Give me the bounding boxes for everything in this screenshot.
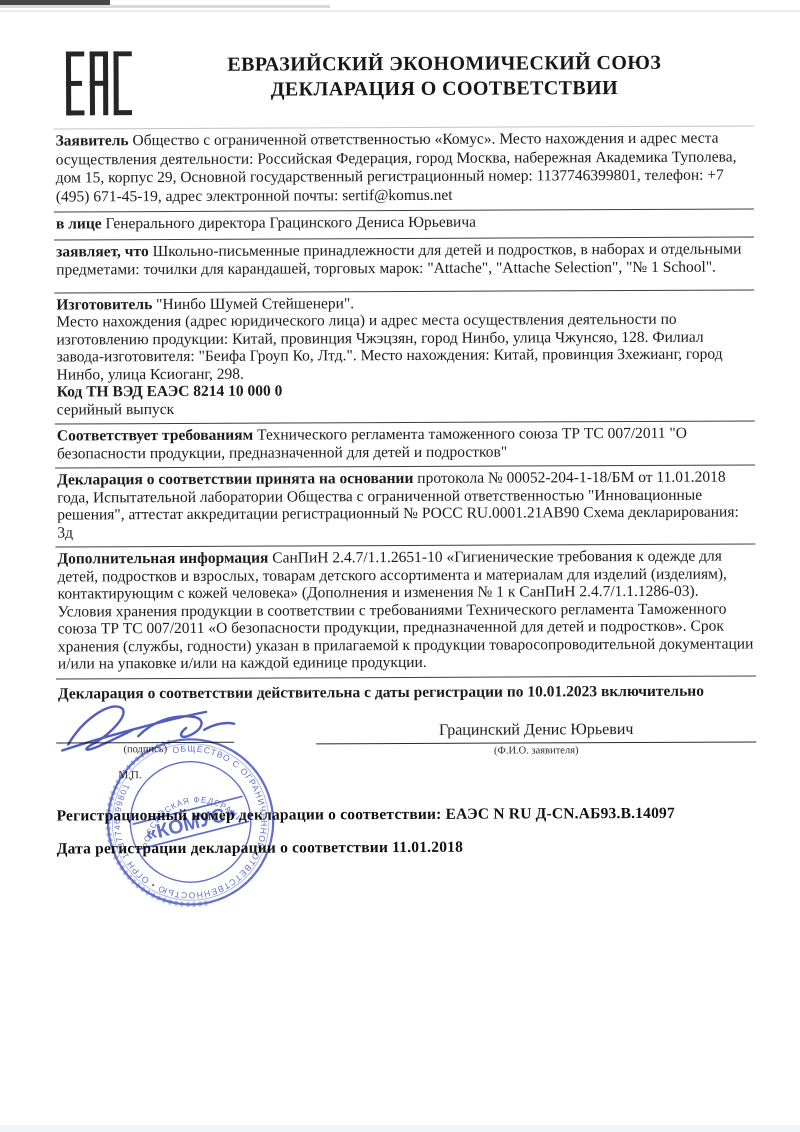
- declares-label: заявляет, что: [56, 243, 149, 260]
- handwritten-signature: [54, 695, 284, 768]
- scan-edge-artifact: [0, 5, 330, 8]
- document-title: ЕВРАЗИЙСКИЙ ЭКОНОМИЧЕСКИЙ СОЮЗ ДЕКЛАРАЦИ…: [135, 44, 753, 103]
- section-manufacturer: Изготовитель "Нинбо Шумей Стейшенери". М…: [54, 289, 755, 424]
- manufacturer-name: "Нинбо Шумей Стейшенери".: [156, 295, 354, 313]
- basis-label: Декларация о соответствии принята на осн…: [57, 470, 413, 489]
- title-line-2: ДЕКЛАРАЦИЯ О СООТВЕТСТВИИ: [135, 75, 753, 103]
- document-page: ЕВРАЗИЙСКИЙ ЭКОНОМИЧЕСКИЙ СОЮЗ ДЕКЛАРАЦИ…: [0, 0, 800, 1132]
- eac-logo: [65, 51, 135, 120]
- serial-issue-text: серийный выпуск: [57, 398, 753, 419]
- manufacturer-address: Место нахождения (адрес юридического лиц…: [56, 310, 752, 383]
- section-applicant: Заявитель Общество с ограниченной ответс…: [54, 125, 754, 211]
- signature-left-column: (подпись) М.П.: [56, 719, 316, 781]
- section-additional-info: Дополнительная информация СанПиН 2.4.7/1…: [55, 543, 756, 678]
- signature-and-footer-area: Декларация о соответствии действительна …: [56, 675, 757, 858]
- signature-row: (подпись) М.П.: [56, 717, 756, 781]
- declares-text: Школьно-письменные принадлежности для де…: [56, 240, 741, 278]
- scan-edge-artifact: [0, 1125, 800, 1132]
- declarant-name: Грацинский Денис Юрьевич: [316, 719, 756, 744]
- section-basis: Декларация о соответствии принята на осн…: [55, 464, 755, 546]
- person-label: в лице: [56, 215, 102, 232]
- declarant-name-caption: (Ф.И.О. заявителя): [316, 744, 756, 757]
- title-line-1: ЕВРАЗИЙСКИЙ ЭКОНОМИЧЕСКИЙ СОЮЗ: [135, 50, 753, 78]
- signature-right-column: Грацинский Денис Юрьевич (Ф.И.О. заявите…: [316, 717, 756, 780]
- complies-label: Соответствует требованиям: [57, 427, 253, 445]
- applicant-text: Общество с ограниченной ответственностью…: [56, 130, 737, 205]
- stamp-center-text: «КОМУС»: [143, 801, 238, 845]
- applicant-label: Заявитель: [56, 132, 129, 149]
- document-content: ЕВРАЗИЙСКИЙ ЭКОНОМИЧЕСКИЙ СОЮЗ ДЕКЛАРАЦИ…: [53, 44, 757, 873]
- section-complies: Соответствует требованиям Технического р…: [55, 420, 755, 467]
- registration-date-value: 11.01.2018: [392, 838, 463, 855]
- registration-number-value: ЕАЭС N RU Д-CN.АБ93.В.14097: [446, 804, 675, 822]
- person-text: Генерального директора Грацинского Денис…: [105, 214, 476, 233]
- tnved-code-value: 8214 10 000 0: [193, 383, 282, 400]
- scan-edge-artifact: [0, 10, 800, 12]
- section-person: в лице Генерального директора Грацинског…: [54, 208, 754, 239]
- manufacturer-label: Изготовитель: [56, 296, 152, 313]
- document-header: ЕВРАЗИЙСКИЙ ЭКОНОМИЧЕСКИЙ СОЮЗ ДЕКЛАРАЦИ…: [53, 44, 753, 120]
- validity-value: по 10.01.2023 включительно: [507, 682, 704, 700]
- tnved-code-label: Код ТН ВЭД ЕАЭС: [57, 383, 190, 401]
- additional-info-label: Дополнительная информация: [57, 550, 268, 568]
- section-declares: заявляет, что Школьно-письменные принадл…: [54, 236, 754, 292]
